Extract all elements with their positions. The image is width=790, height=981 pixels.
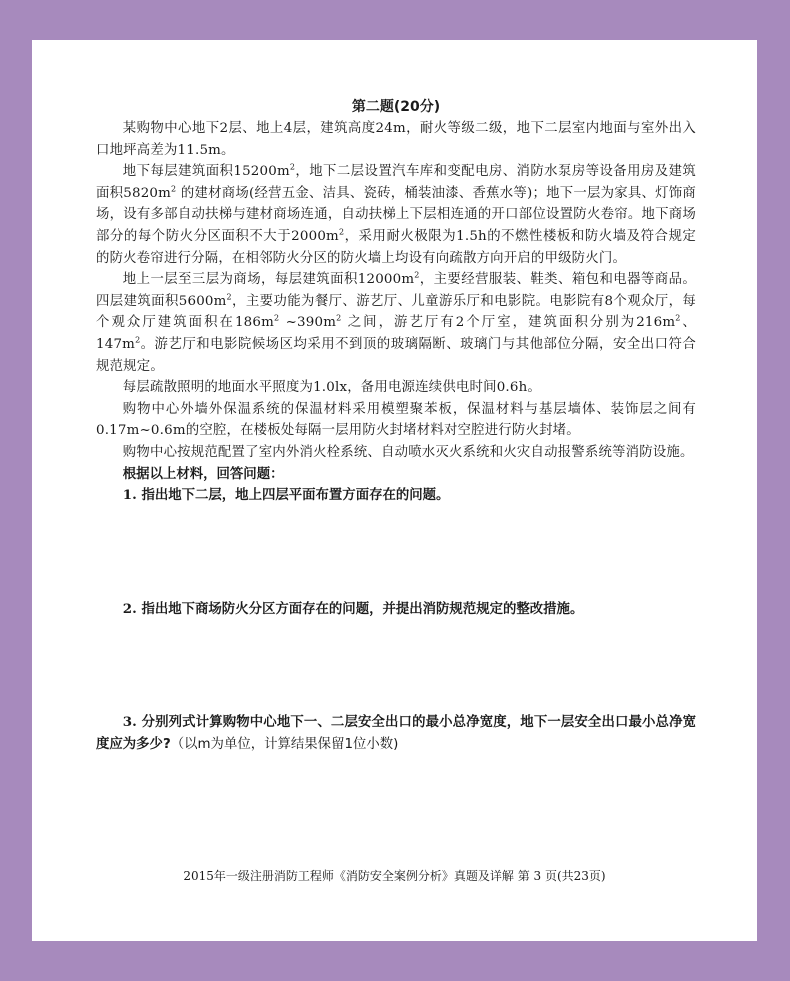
question-3: 3. 分别列式计算购物中心地下一、二层安全出口的最小总净宽度，地下一层安全出口最…	[96, 712, 696, 755]
paragraph-building-overview: 某购物中心地下2层、地上4层，建筑高度24m，耐火等级二级，地下二层室内地面与室…	[96, 118, 696, 161]
question-1: 1. 指出地下二层，地上四层平面布置方面存在的问题。	[96, 485, 696, 507]
paragraph-insulation: 购物中心外墙外保温系统的保温材料采用模塑聚苯板，保温材料与基层墙体、装饰层之间有…	[96, 399, 696, 442]
document-content: 第二题(20分) 某购物中心地下2层、地上4层，建筑高度24m，耐火等级二级，地…	[96, 96, 696, 755]
question-title: 第二题(20分)	[96, 96, 696, 118]
paragraph-evacuation-lighting: 每层疏散照明的地面水平照度为1.0lx，备用电源连续供电时间0.6h。	[96, 377, 696, 399]
question-number: 3.	[123, 714, 137, 730]
answer-prompt: 根据以上材料，回答问题：	[96, 464, 696, 486]
question-note: （以m为单位，计算结果保留1位小数)	[171, 737, 399, 752]
question-2: 2. 指出地下商场防火分区方面存在的问题，并提出消防规范规定的整改措施。	[96, 599, 696, 621]
question-number: 2.	[123, 601, 137, 617]
question-number: 1.	[123, 487, 137, 503]
paragraph-above-ground-layout: 地上一层至三层为商场，每层建筑面积12000m2，主要经营服装、鞋类、箱包和电器…	[96, 269, 696, 377]
paragraph-fire-facilities: 购物中心按规范配置了室内外消火栓系统、自动喷水灭火系统和火灾自动报警系统等消防设…	[96, 442, 696, 464]
question-text: 指出地下商场防火分区方面存在的问题，并提出消防规范规定的整改措施。	[141, 602, 583, 617]
page-footer: 2015年一级注册消防工程师《消防安全案例分析》真题及详解 第 3 页(共23页…	[32, 868, 757, 884]
question-text: 指出地下二层，地上四层平面布置方面存在的问题。	[141, 488, 449, 503]
document-page: 第二题(20分) 某购物中心地下2层、地上4层，建筑高度24m，耐火等级二级，地…	[32, 40, 757, 941]
paragraph-basement-layout: 地下每层建筑面积15200m2，地下二层设置汽车库和变配电房、消防水泵房等设备用…	[96, 161, 696, 269]
